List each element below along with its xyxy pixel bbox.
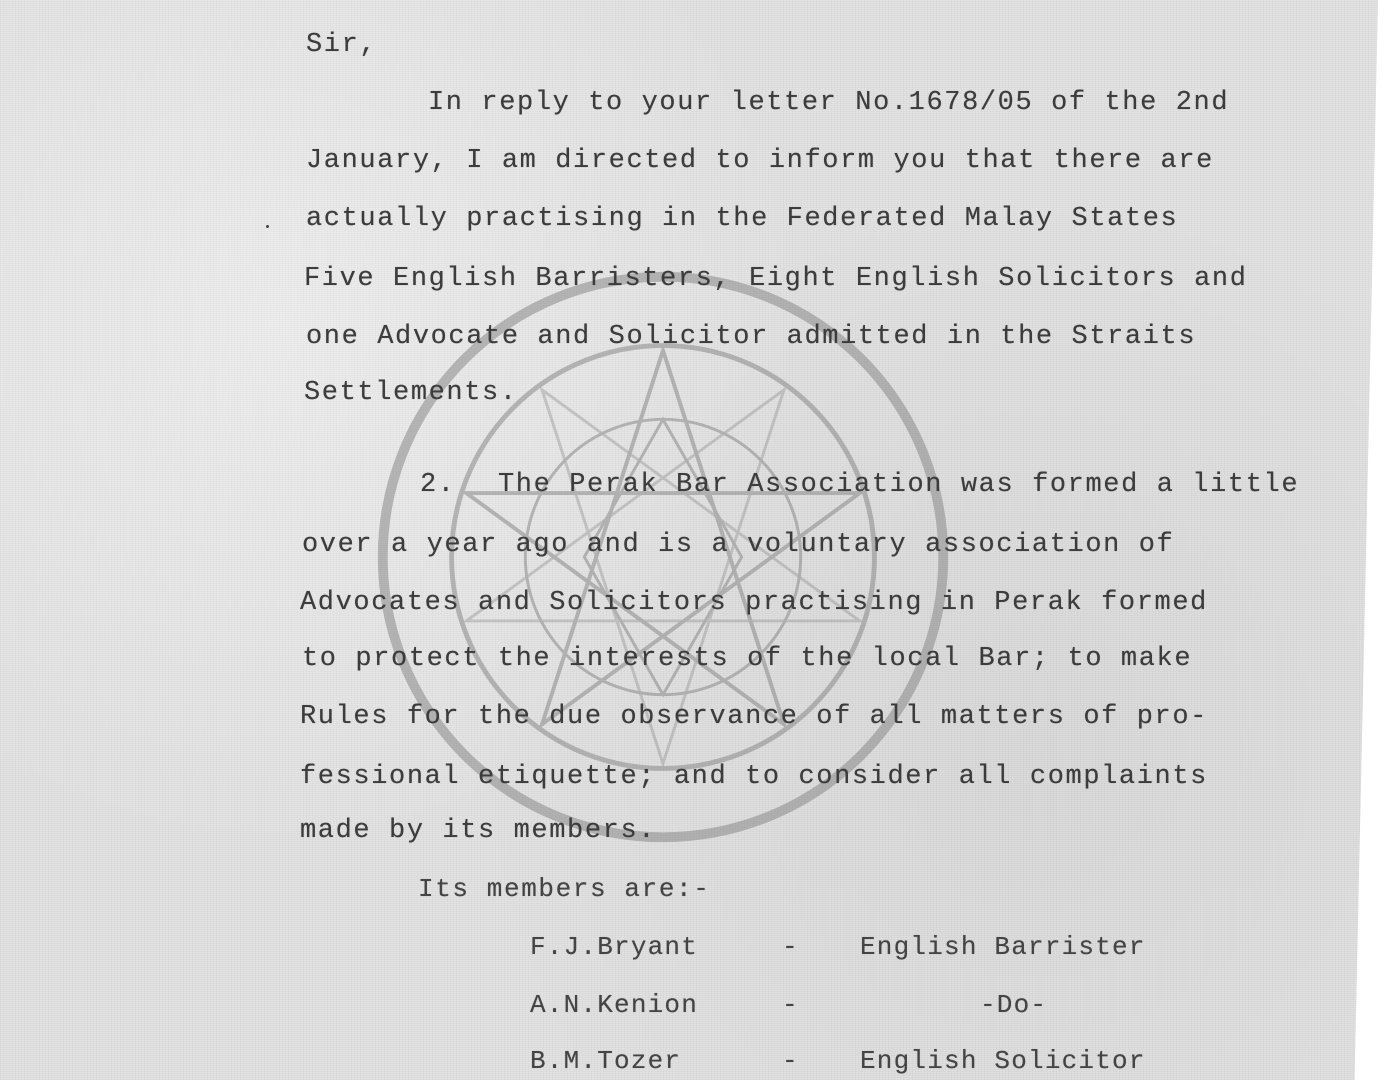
paragraph-1-line-2: January, I am directed to inform you tha… xyxy=(306,146,1214,176)
paragraph-2-line-1: The Perak Bar Association was formed a l… xyxy=(498,470,1299,500)
member-role: English Barrister xyxy=(860,932,1146,962)
member-role: English Solicitor xyxy=(860,1046,1146,1076)
stray-ink-mark xyxy=(266,225,269,228)
member-name: A.N.Kenion xyxy=(530,990,698,1020)
paragraph-1-line-5: one Advocate and Solicitor admitted in t… xyxy=(306,322,1196,352)
paragraph-2-line-5: Rules for the due observance of all matt… xyxy=(300,702,1208,732)
paragraph-1-line-1: In reply to your letter No.1678/05 of th… xyxy=(428,88,1229,118)
member-name: B.M.Tozer xyxy=(530,1046,681,1076)
member-separator: - xyxy=(782,932,799,962)
paragraph-2-line-4: to protect the interests of the local Ba… xyxy=(302,644,1192,674)
paragraph-2-number: 2. xyxy=(420,470,456,500)
member-role: -Do- xyxy=(980,990,1047,1020)
paragraph-1-line-3: actually practising in the Federated Mal… xyxy=(306,204,1178,234)
paragraph-2-line-3: Advocates and Solicitors practising in P… xyxy=(300,588,1208,618)
paragraph-2-line-2: over a year ago and is a voluntary assoc… xyxy=(302,530,1174,560)
member-name: F.J.Bryant xyxy=(530,932,698,962)
paragraph-1-line-6: Settlements. xyxy=(304,378,518,408)
paragraph-2-line-6: fessional etiquette; and to consider all… xyxy=(300,762,1208,792)
member-separator: - xyxy=(782,1046,799,1076)
members-intro: Its members are:- xyxy=(418,874,710,904)
paragraph-1-line-4: Five English Barristers, Eight English S… xyxy=(304,264,1248,294)
member-separator: - xyxy=(782,990,799,1020)
paragraph-2-line-7: made by its members. xyxy=(300,816,656,846)
salutation: Sir, xyxy=(306,30,377,60)
